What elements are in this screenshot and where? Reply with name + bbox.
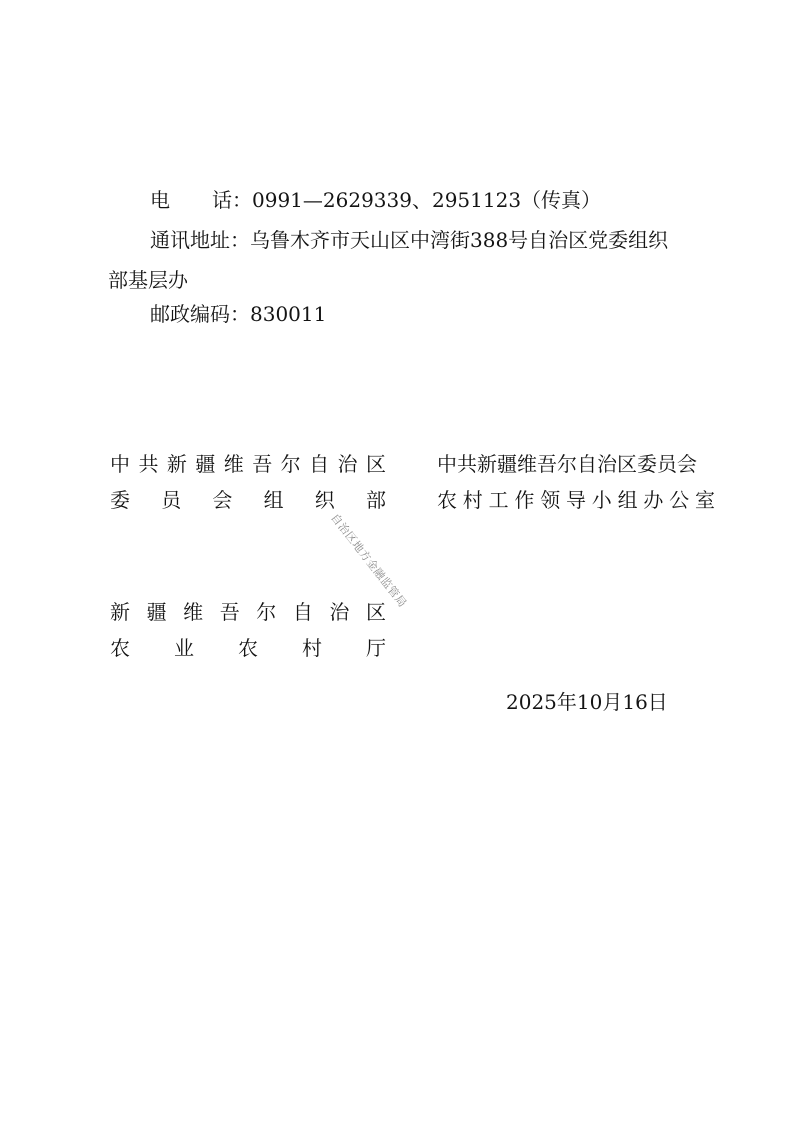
char: 会 [212,488,232,512]
char: 员 [161,488,181,512]
signatory-rural-work-office-line2: 农 村 工 作 领 导 小 组 办 公 室 [437,488,715,512]
phone-label-1: 电 [150,188,170,212]
char: 疆 [147,600,167,624]
signatory-org-department-line1: 中 共 新 疆 维 吾 尔 自 治 区 [110,452,386,476]
address-value-continued: 部基层办 [108,268,188,292]
char: 组 [264,488,284,512]
char: 尔 [256,600,276,624]
char: 作 [514,488,534,512]
address-value: 乌鲁木齐市天山区中湾街388号自治区党委组织 [250,228,668,252]
postcode-label: 邮政编码： [150,302,250,326]
char: 自 [309,452,329,476]
char: 吾 [252,452,272,476]
char: 业 [174,636,194,660]
char: 维 [224,452,244,476]
char: 领 [540,488,560,512]
char: 农 [238,636,258,660]
char: 部 [366,488,386,512]
address-line-continued: 部基层办 [108,268,188,292]
watermark-stamp: 自治区地方金融监管局 [327,510,410,610]
char: 公 [669,488,689,512]
char: 厅 [366,636,386,660]
org-name: 中共新疆维吾尔自治区委员会 [437,452,697,476]
phone-label-2: 话： [212,188,252,212]
char: 小 [592,488,612,512]
char: 治 [338,452,358,476]
phone-line: 电话：0991—2629339、2951123（传真） [150,188,601,212]
postcode-value: 830011 [250,302,326,326]
char: 治 [329,600,349,624]
char: 中 [110,452,130,476]
signatory-agriculture-dept-line1: 新 疆 维 吾 尔 自 治 区 [110,600,386,624]
char: 村 [463,488,483,512]
char: 维 [183,600,203,624]
phone-value: 0991—2629339、2951123（传真） [252,188,601,212]
postcode-line: 邮政编码：830011 [150,302,326,326]
char: 区 [366,452,386,476]
document-date: 2025年10月16日 [506,690,668,714]
char: 办 [643,488,663,512]
char: 织 [315,488,335,512]
char: 农 [110,636,130,660]
char: 区 [366,600,386,624]
signatory-agriculture-dept-line2: 农 业 农 村 厅 [110,636,386,660]
address-line: 通讯地址：乌鲁木齐市天山区中湾街388号自治区党委组织 [150,228,668,252]
signatory-rural-work-office-line1: 中共新疆维吾尔自治区委员会 [437,452,697,476]
signatory-org-department-line2: 委 员 会 组 织 部 [110,488,386,512]
char: 新 [167,452,187,476]
char: 尔 [281,452,301,476]
char: 农 [437,488,457,512]
char: 工 [489,488,509,512]
char: 疆 [195,452,215,476]
char: 室 [695,488,715,512]
char: 吾 [220,600,240,624]
char: 新 [110,600,130,624]
address-label: 通讯地址： [150,228,250,252]
char: 委 [110,488,130,512]
char: 村 [302,636,322,660]
char: 组 [618,488,638,512]
char: 共 [138,452,158,476]
char: 导 [566,488,586,512]
char: 自 [293,600,313,624]
